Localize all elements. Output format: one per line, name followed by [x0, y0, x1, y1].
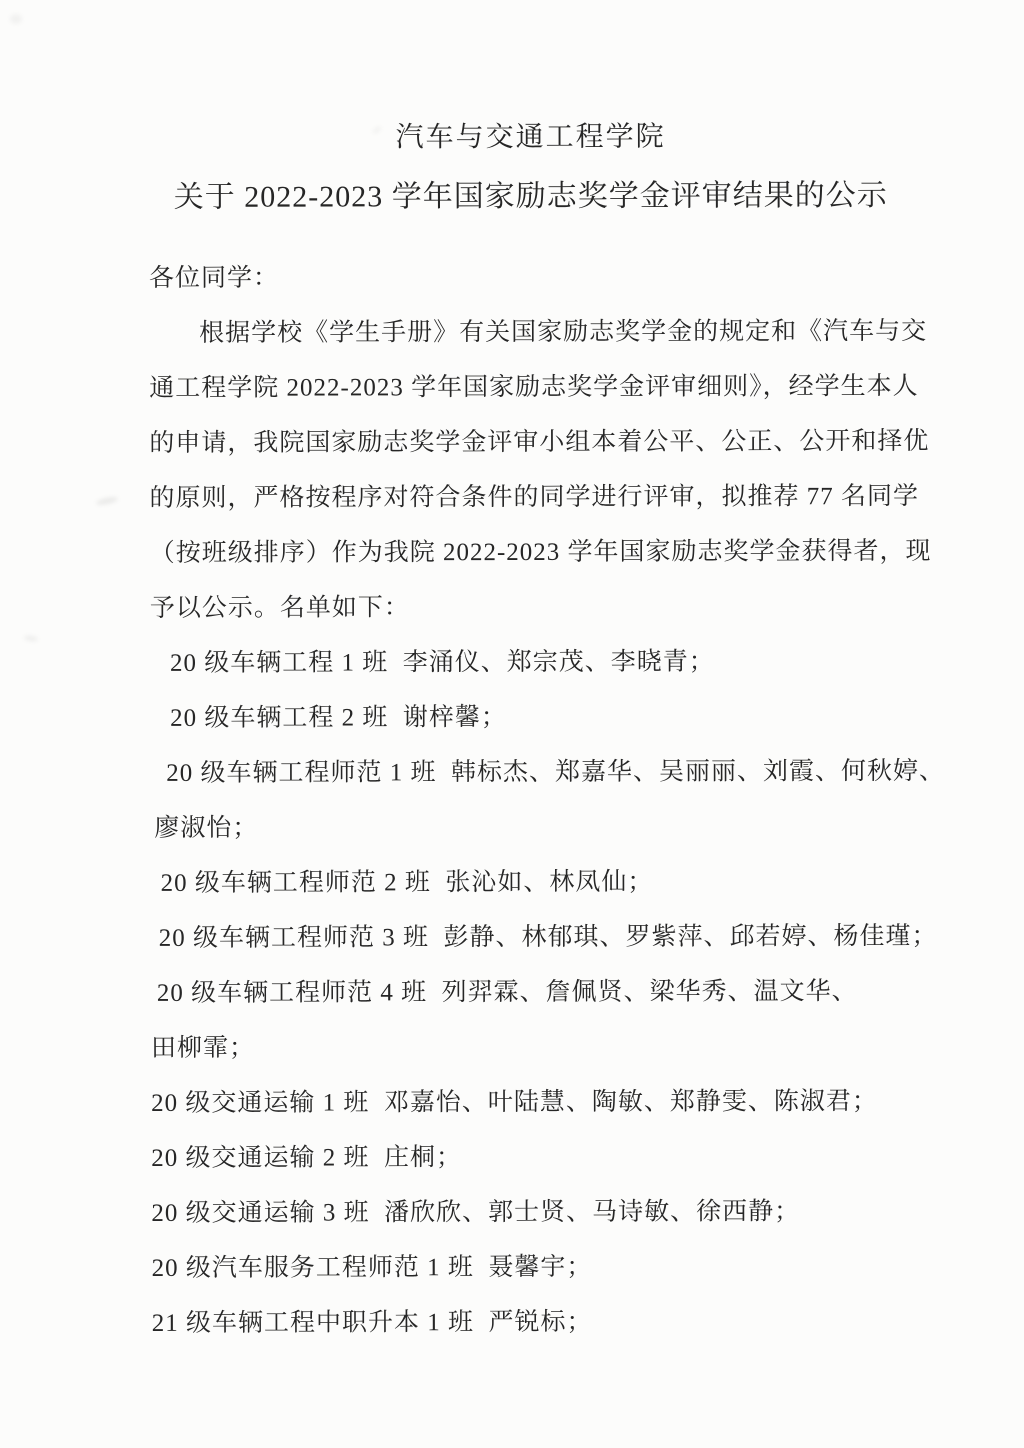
paragraph-line: 通工程学院 2022-2023 学年国家励志奖学金评审细则》，经学生本人 — [149, 359, 913, 416]
scanned-document-page: 汽车与交通工程学院 关于 2022-2023 学年国家励志奖学金评审结果的公示 … — [0, 0, 1024, 1448]
award-list-line: 20 级车辆工程师范 4 班 列羿霖、詹佩贤、梁华秀、温文华、 — [157, 964, 915, 1021]
paragraph-line: 予以公示。名单如下： — [150, 579, 914, 636]
award-list-line: 20 级汽车服务工程师范 1 班 聂馨宇； — [151, 1239, 915, 1296]
award-list-line: 21 级车辆工程中职升本 1 班 严锐标； — [152, 1294, 916, 1351]
award-list-line-continuation: 廖淑怡； — [154, 799, 914, 856]
paragraph-line: 根据学校《学生手册》有关国家励志奖学金的规定和《汽车与交 — [149, 304, 913, 361]
award-list-line: 20 级交通运输 1 班 邓嘉怡、叶陆慧、陶敏、郑静雯、陈淑君； — [151, 1074, 915, 1131]
document-body: 各位同学： 根据学校《学生手册》有关国家励志奖学金的规定和《汽车与交 通工程学院… — [149, 249, 916, 1351]
award-list-line: 20 级车辆工程师范 2 班 张沁如、林凤仙； — [160, 854, 914, 911]
award-list-line: 20 级交通运输 2 班 庄桐； — [151, 1129, 915, 1186]
award-list-line-continuation: 田柳霏； — [151, 1019, 915, 1076]
award-list-line: 20 级交通运输 3 班 潘欣欣、郭士贤、马诗敏、徐西静； — [151, 1184, 915, 1241]
document-title-subject: 关于 2022-2023 学年国家励志奖学金评审结果的公示 — [149, 173, 913, 221]
award-list-line: 20 级车辆工程 1 班 李涌仪、郑宗茂、李晓青； — [170, 634, 914, 691]
salutation: 各位同学： — [149, 249, 913, 306]
document-content: 汽车与交通工程学院 关于 2022-2023 学年国家励志奖学金评审结果的公示 … — [0, 0, 1024, 1351]
award-list-line: 20 级车辆工程师范 1 班 韩标杰、郑嘉华、吴丽丽、刘霞、何秋婷、 — [166, 744, 914, 801]
paragraph-line: 的申请，我院国家励志奖学金评审小组本着公平、公正、公开和择优 — [149, 414, 913, 471]
paragraph-line: 的原则，严格按程序对符合条件的同学进行评审，拟推荐 77 名同学 — [149, 469, 913, 526]
document-title-department: 汽车与交通工程学院 — [149, 117, 913, 159]
award-list-line: 20 级车辆工程师范 3 班 彭静、林郁琪、罗紫萍、邱若婷、杨佳瑾； — [159, 909, 915, 966]
paragraph-line: （按班级排序）作为我院 2022-2023 学年国家励志奖学金获得者，现 — [150, 524, 914, 581]
award-list-line: 20 级车辆工程 2 班 谢梓馨； — [170, 689, 914, 746]
